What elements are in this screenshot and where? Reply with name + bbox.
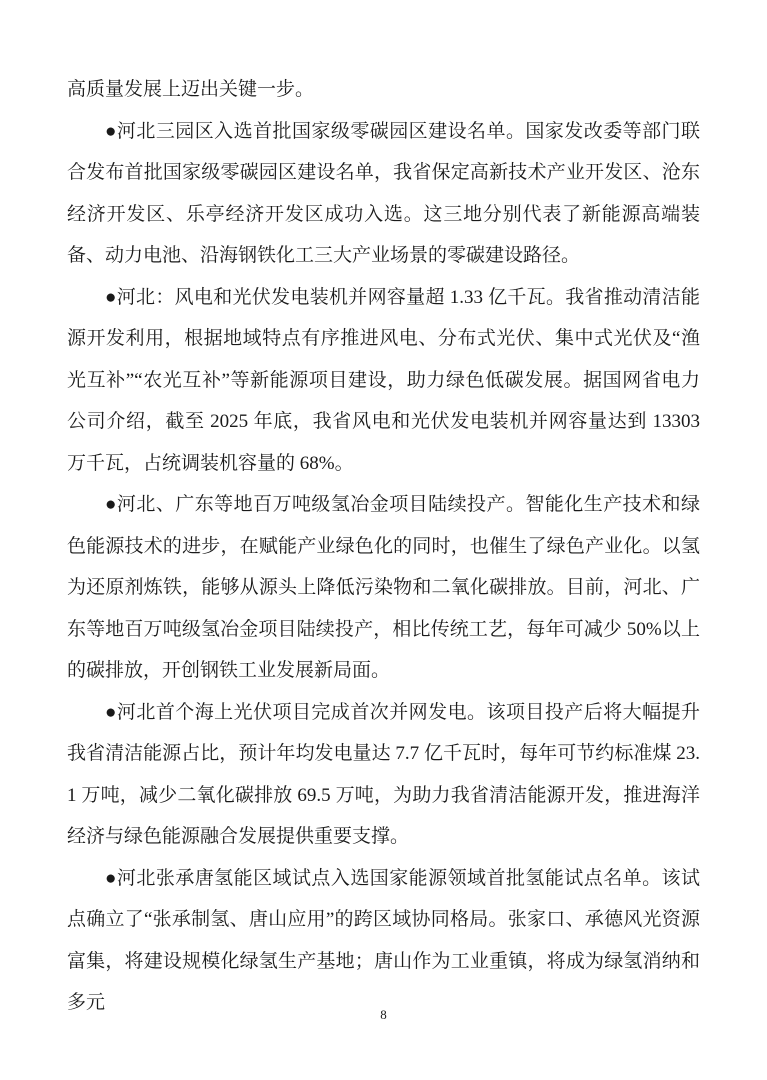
page-number: 8 — [380, 1007, 387, 1022]
paragraph: ●河北张承唐氢能区域试点入选国家能源领域首批氢能试点名单。该试点确立了“张承制氢… — [67, 858, 700, 1024]
document-body: 高质量发展上迈出关键一步。 ●河北三园区入选首批国家级零碳园区建设名单。国家发改… — [67, 69, 700, 1024]
document-page: 高质量发展上迈出关键一步。 ●河北三园区入选首批国家级零碳园区建设名单。国家发改… — [0, 0, 767, 1080]
paragraph: ●河北：风电和光伏发电装机并网容量超 1.33 亿千瓦。我省推动清洁能源开发利用… — [67, 277, 700, 485]
page-footer: 8 — [0, 1006, 767, 1024]
paragraph: ●河北、广东等地百万吨级氢冶金项目陆续投产。智能化生产技术和绿色能源技术的进步，… — [67, 484, 700, 692]
paragraph: ●河北三园区入选首批国家级零碳园区建设名单。国家发改委等部门联合发布首批国家级零… — [67, 111, 700, 277]
paragraph: ●河北首个海上光伏项目完成首次并网发电。该项目投产后将大幅提升我省清洁能源占比，… — [67, 692, 700, 858]
paragraph: 高质量发展上迈出关键一步。 — [67, 69, 700, 111]
